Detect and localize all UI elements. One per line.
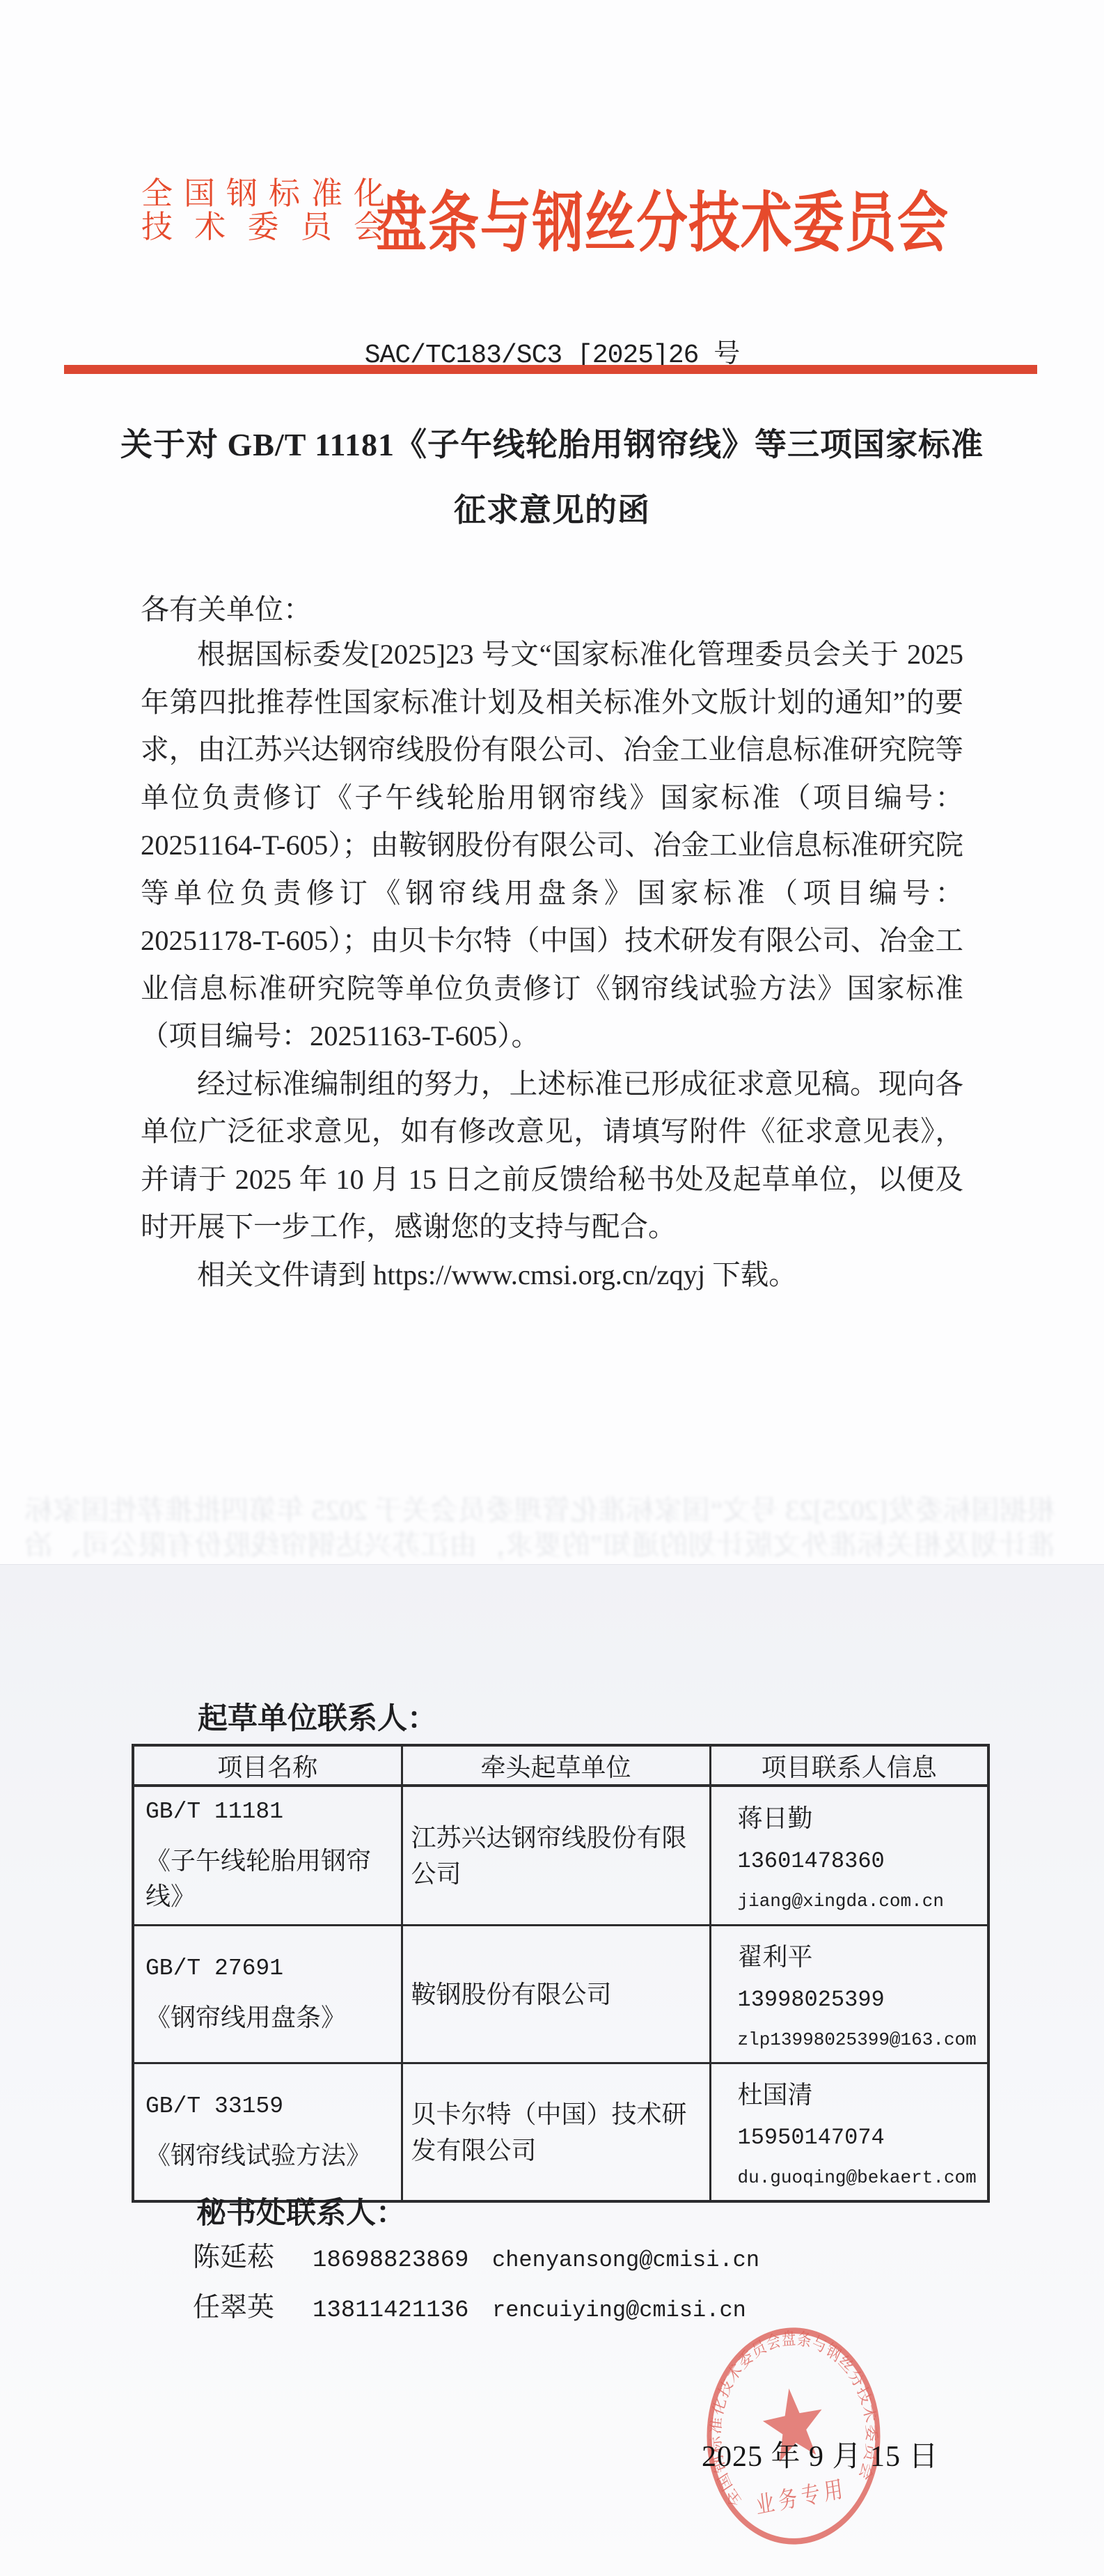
- contact-phone: 13998025399: [738, 1987, 985, 2013]
- scanned-official-letter: 全国钢标准化 技术委员会 盘条与钢丝分技术委员会 SAC/TC183/SC3 […: [0, 0, 1104, 2576]
- col-header-contact-info: 项目联系人信息: [710, 1745, 988, 1786]
- table-row: GB/T 27691 《钢帘线用盘条》 鞍钢股份有限公司 翟利平 1399802…: [133, 1926, 988, 2063]
- secretariat-contact-row: 任翠英 13811421136 rencuiying@cmisi.cn: [193, 2286, 746, 2325]
- contact-email: du.guoqing@bekaert.com: [738, 2167, 985, 2188]
- contact-email: rencuiying@cmisi.cn: [492, 2297, 746, 2323]
- letterhead-org-name: 全国钢标准化 技术委员会: [141, 177, 385, 244]
- standard-name: 《钢帘线用盘条》: [145, 1998, 400, 2034]
- contact-person: 翟利平: [738, 1937, 985, 1973]
- body-paragraph-1: 根据国标委发[2025]23 号文“国家标准化管理委员会关于 2025 年第四批…: [141, 631, 963, 1061]
- org-name-line1: 全国钢标准化: [141, 177, 385, 210]
- contact-email: chenyansong@cmisi.cn: [492, 2247, 759, 2273]
- secretariat-contacts-heading: 秘书处联系人：: [196, 2189, 406, 2232]
- letterhead-divider-rule: [64, 365, 1037, 374]
- body-paragraph-2: 经过标准编制组的努力，上述标准已形成征求意见稿。现向各单位广泛征求意见，如有修改…: [141, 1061, 963, 1251]
- standard-name: 《钢帘线试验方法》: [145, 2136, 400, 2171]
- seal-bottom-text: 业务专用: [755, 2475, 849, 2519]
- standard-code: GB/T 11181: [145, 1799, 400, 1825]
- document-title-line1: 关于对 GB/T 11181《子午线轮胎用钢帘线》等三项国家标准: [0, 419, 1104, 465]
- col-header-lead-unit: 牵头起草单位: [402, 1745, 710, 1786]
- contact-person: 陈延菘: [193, 2235, 313, 2274]
- standard-code: GB/T 27691: [145, 1956, 400, 1981]
- bleed-through-ghost-text: 根据国标委发[2025]23 号文“国家标准化管理委员会关于 2025 年第四批…: [25, 1493, 1055, 1560]
- contact-person: 任翠英: [193, 2286, 313, 2325]
- project-cell: GB/T 33159 《钢帘线试验方法》: [133, 2063, 402, 2202]
- contact-phone: 18698823869: [313, 2247, 492, 2274]
- body-paragraph-3: 相关文件请到 https://www.cmsi.org.cn/zqyj 下载。: [141, 1251, 963, 1299]
- table-header-row: 项目名称 牵头起草单位 项目联系人信息: [133, 1745, 988, 1786]
- project-cell: GB/T 11181 《子午线轮胎用钢帘线》: [133, 1786, 402, 1926]
- col-header-project-name: 项目名称: [133, 1745, 402, 1786]
- project-cell: GB/T 27691 《钢帘线用盘条》: [133, 1926, 402, 2063]
- standard-name: 《子午线轮胎用钢帘线》: [145, 1841, 400, 1912]
- document-date: 2025 年 9 月 15 日: [702, 2433, 939, 2475]
- contact-person: 杜国清: [738, 2075, 985, 2111]
- contact-phone: 13811421136: [313, 2297, 492, 2324]
- lead-unit-cell: 鞍钢股份有限公司: [402, 1926, 710, 2063]
- contact-phone: 13601478360: [738, 1848, 985, 1874]
- contact-cell: 翟利平 13998025399 zlp13998025399@163.com: [710, 1926, 988, 2063]
- org-name-line2: 技术委员会: [141, 210, 385, 244]
- lead-unit-cell: 江苏兴达钢帘线股份有限公司: [402, 1786, 710, 1926]
- contact-cell: 杜国清 15950147074 du.guoqing@bekaert.com: [710, 2063, 988, 2202]
- contact-phone: 15950147074: [738, 2125, 985, 2150]
- drafting-contacts-heading: 起草单位联系人：: [198, 1695, 437, 1738]
- letterhead-committee-name: 盘条与钢丝分技术委员会: [376, 170, 949, 264]
- drafting-contacts-table: 项目名称 牵头起草单位 项目联系人信息 GB/T 11181 《子午线轮胎用钢帘…: [132, 1744, 990, 2203]
- table-row: GB/T 33159 《钢帘线试验方法》 贝卡尔特（中国）技术研发有限公司 杜国…: [133, 2063, 988, 2202]
- document-title-line2: 征求意见的函: [0, 485, 1104, 531]
- table-row: GB/T 11181 《子午线轮胎用钢帘线》 江苏兴达钢帘线股份有限公司 蒋日勤…: [133, 1786, 988, 1926]
- secretariat-contact-row: 陈延菘 18698823869 chenyansong@cmisi.cn: [193, 2235, 759, 2274]
- body-text: 根据国标委发[2025]23 号文“国家标准化管理委员会关于 2025 年第四批…: [141, 631, 963, 1299]
- salutation: 各有关单位：: [141, 586, 312, 627]
- lead-unit-cell: 贝卡尔特（中国）技术研发有限公司: [402, 2063, 710, 2202]
- standard-code: GB/T 33159: [145, 2093, 400, 2119]
- contact-person: 蒋日勤: [738, 1799, 985, 1834]
- contact-email: jiang@xingda.com.cn: [738, 1891, 985, 1912]
- contact-email: zlp13998025399@163.com: [738, 2029, 985, 2050]
- contact-cell: 蒋日勤 13601478360 jiang@xingda.com.cn: [710, 1786, 988, 1926]
